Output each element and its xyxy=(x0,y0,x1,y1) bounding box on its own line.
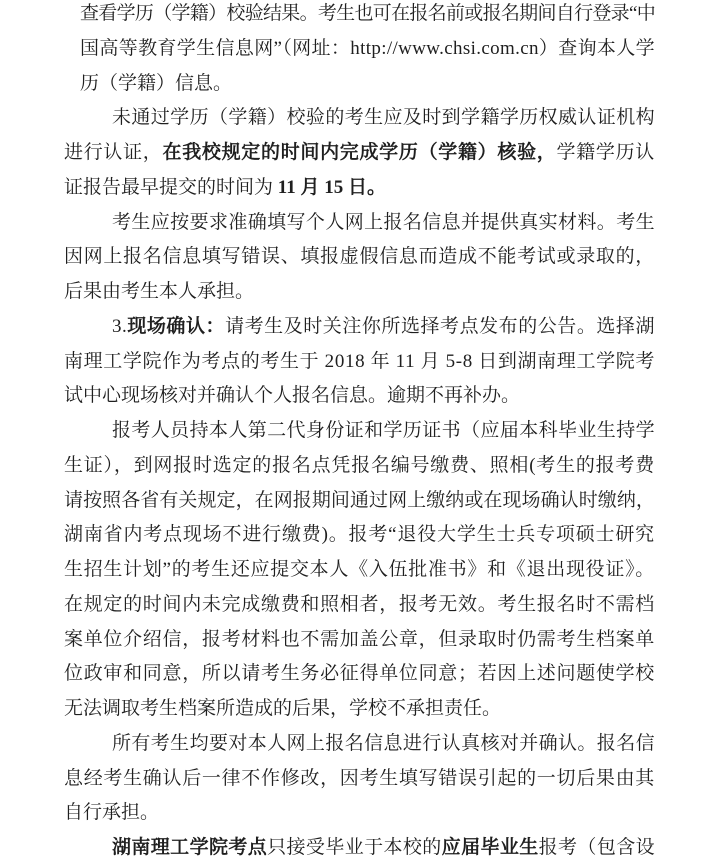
text-run: 自行承担。 xyxy=(64,802,159,823)
text-run-group: 国高等教育学生信息网”（网址：http://www.chsi.com.cn）查询… xyxy=(80,38,655,59)
text-line: 自行承担。 xyxy=(64,796,655,831)
text-run-group: 南理工学院作为考点的考生于 2018 年 11 月 5-8 日到湖南理工学院考 xyxy=(64,351,655,372)
text-run: 湖南省内考点现场不进行缴费)。报考“退役大学生士兵专项硕士研究 xyxy=(64,524,655,545)
text-line: 国高等教育学生信息网”（网址：http://www.chsi.com.cn）查询… xyxy=(64,32,655,67)
text-run-group: 历（学籍）信息。 xyxy=(80,73,232,94)
text-run-group: 案单位介绍信，报考材料也不需加盖公章，但录取时仍需考生档案单 xyxy=(64,629,655,650)
text-run-group: 3.现场确认：请考生及时关注你所选择考点发布的公告。选择湖 xyxy=(112,316,655,337)
text-run: 3. xyxy=(112,316,127,337)
para-confirm-no-modify: 所有考生均要对本人网上报名信息进行认真核对并确认。报名信息经考生确认后一律不作修… xyxy=(64,727,655,831)
text-line: 湖南省内考点现场不进行缴费)。报考“退役大学生士兵专项硕士研究 xyxy=(64,518,655,553)
text-run: 报考（包含设 xyxy=(539,837,655,858)
bold-text-run: 在我校规定的时间内完成学历（学籍）核验， xyxy=(163,142,557,163)
document-text: 查看学历（学籍）校验结果。考生也可在报名前或报名期间自行登录“中国高等教育学生信… xyxy=(64,0,655,862)
text-run: 无法调取考生档案所造成的后果，学校不承担责任。 xyxy=(64,698,501,719)
text-run: 息经考生确认后一律不作修改，因考生填写错误引起的一切后果由其 xyxy=(64,768,655,789)
text-run: 后果由考生本人承担。 xyxy=(64,281,254,302)
text-run-group: 因网上报名信息填写错误、填报虚假信息而造成不能考试或录取的， xyxy=(64,246,655,267)
text-line: 因网上报名信息填写错误、填报虚假信息而造成不能考试或录取的， xyxy=(64,240,655,275)
text-run: 请按照各省有关规定，在网报期间通过网上缴纳或在现场确认时缴纳， xyxy=(64,490,655,511)
text-run: 生证），到网报时选定的报名点凭报名编号缴费、照相(考生的报考费 xyxy=(64,455,655,476)
text-run: 试中心现场核对并确认个人报名信息。逾期不再补办。 xyxy=(64,385,520,406)
text-run-group: 湖南理工学院考点只接受毕业于本校的应届毕业生报考（包含设 xyxy=(112,837,655,858)
text-line: 历（学籍）信息。 xyxy=(64,67,655,102)
para-check-xueli-result: 查看学历（学籍）校验结果。考生也可在报名前或报名期间自行登录“中国高等教育学生信… xyxy=(64,0,655,101)
text-run-group: 湖南省内考点现场不进行缴费)。报考“退役大学生士兵专项硕士研究 xyxy=(64,524,655,545)
para-xianchang-queren: 3.现场确认：请考生及时关注你所选择考点发布的公告。选择湖南理工学院作为考点的考… xyxy=(64,310,655,414)
text-run: 查看学历（学籍）校验结果。考生也可在报名前或报名期间自行登录“中 xyxy=(80,3,655,24)
bold-text-run: 湖南理工学院考点 xyxy=(112,837,267,858)
document-page: 查看学历（学籍）校验结果。考生也可在报名前或报名期间自行登录“中国高等教育学生信… xyxy=(0,0,723,862)
text-run: 历（学籍）信息。 xyxy=(80,73,232,94)
text-line: 生招生计划”的考生还应提交本人《入伍批准书》和《退出现役证》。 xyxy=(64,553,655,588)
text-line: 进行认证，在我校规定的时间内完成学历（学籍）核验，学籍学历认 xyxy=(64,136,655,171)
para-renzheng-deadline: 未通过学历（学籍）校验的考生应及时到学籍学历权威认证机构进行认证，在我校规定的时… xyxy=(64,101,655,205)
text-run: 所有考生均要对本人网上报名信息进行认真核对并确认。报名信 xyxy=(112,733,655,754)
bold-text-run: 应届毕业生 xyxy=(442,837,539,858)
text-line: 湖南理工学院考点只接受毕业于本校的应届毕业生报考（包含设 xyxy=(64,831,655,862)
text-line: 请按照各省有关规定，在网报期间通过网上缴纳或在现场确认时缴纳， xyxy=(64,484,655,519)
para-accurate-info: 考生应按要求准确填写个人网上报名信息并提供真实材料。考生因网上报名信息填写错误、… xyxy=(64,206,655,310)
text-run-group: 自行承担。 xyxy=(64,802,159,823)
text-run: 生招生计划”的考生还应提交本人《入伍批准书》和《退出现役证》。 xyxy=(64,559,655,580)
text-run: 进行认证， xyxy=(64,142,163,163)
text-run-group: 在规定的时间内未完成缴费和照相者，报考无效。考生报名时不需档 xyxy=(64,594,655,615)
text-run-group: 查看学历（学籍）校验结果。考生也可在报名前或报名期间自行登录“中 xyxy=(80,3,655,24)
text-run: 报考人员持本人第二代身份证和学历证书（应届本科毕业生持学 xyxy=(112,420,655,441)
text-line: 生证），到网报时选定的报名点凭报名编号缴费、照相(考生的报考费 xyxy=(64,449,655,484)
text-line: 试中心现场核对并确认个人报名信息。逾期不再补办。 xyxy=(64,379,655,414)
text-run-group: 试中心现场核对并确认个人报名信息。逾期不再补办。 xyxy=(64,385,520,406)
text-run: 在规定的时间内未完成缴费和照相者，报考无效。考生报名时不需档 xyxy=(64,594,655,615)
bold-text-run: 11 月 15 日。 xyxy=(278,177,386,198)
text-run: 请考生及时关注你所选择考点发布的公告。选择湖 xyxy=(225,316,655,337)
text-line: 息经考生确认后一律不作修改，因考生填写错误引起的一切后果由其 xyxy=(64,762,655,797)
text-run-group: 位政审和同意，所以请考生务必征得单位同意；若因上述问题使学校 xyxy=(64,663,655,684)
text-run: 南理工学院作为考点的考生于 2018 年 11 月 5-8 日到湖南理工学院考 xyxy=(64,351,655,372)
para-baokao-materials: 报考人员持本人第二代身份证和学历证书（应届本科毕业生持学生证），到网报时选定的报… xyxy=(64,414,655,727)
text-line: 未通过学历（学籍）校验的考生应及时到学籍学历权威认证机构 xyxy=(64,101,655,136)
text-run-group: 无法调取考生档案所造成的后果，学校不承担责任。 xyxy=(64,698,501,719)
text-run-group: 生证），到网报时选定的报名点凭报名编号缴费、照相(考生的报考费 xyxy=(64,455,655,476)
text-run-group: 未通过学历（学籍）校验的考生应及时到学籍学历权威认证机构 xyxy=(112,107,655,128)
text-run-group: 考生应按要求准确填写个人网上报名信息并提供真实材料。考生 xyxy=(112,212,655,233)
text-line: 报考人员持本人第二代身份证和学历证书（应届本科毕业生持学 xyxy=(64,414,655,449)
text-line: 位政审和同意，所以请考生务必征得单位同意；若因上述问题使学校 xyxy=(64,657,655,692)
text-run: 案单位介绍信，报考材料也不需加盖公章，但录取时仍需考生档案单 xyxy=(64,629,655,650)
text-run-group: 请按照各省有关规定，在网报期间通过网上缴纳或在现场确认时缴纳， xyxy=(64,490,655,511)
text-line: 案单位介绍信，报考材料也不需加盖公章，但录取时仍需考生档案单 xyxy=(64,623,655,658)
text-run-group: 进行认证，在我校规定的时间内完成学历（学籍）核验，学籍学历认 xyxy=(64,142,655,163)
text-line: 3.现场确认：请考生及时关注你所选择考点发布的公告。选择湖 xyxy=(64,310,655,345)
text-run: 考生应按要求准确填写个人网上报名信息并提供真实材料。考生 xyxy=(112,212,655,233)
bold-text-run: 现场确认： xyxy=(127,316,225,337)
text-line: 所有考生均要对本人网上报名信息进行认真核对并确认。报名信 xyxy=(64,727,655,762)
text-line: 查看学历（学籍）校验结果。考生也可在报名前或报名期间自行登录“中 xyxy=(64,0,655,32)
text-run-group: 息经考生确认后一律不作修改，因考生填写错误引起的一切后果由其 xyxy=(64,768,655,789)
text-run: 因网上报名信息填写错误、填报虚假信息而造成不能考试或录取的， xyxy=(64,246,655,267)
text-run: 学籍学历认 xyxy=(556,142,655,163)
para-kaodian-restriction: 湖南理工学院考点只接受毕业于本校的应届毕业生报考（包含设 xyxy=(64,831,655,862)
text-line: 无法调取考生档案所造成的后果，学校不承担责任。 xyxy=(64,692,655,727)
text-line: 后果由考生本人承担。 xyxy=(64,275,655,310)
text-run: 证报告最早提交的时间为 xyxy=(64,177,278,198)
text-run: 位政审和同意，所以请考生务必征得单位同意；若因上述问题使学校 xyxy=(64,663,655,684)
text-run-group: 后果由考生本人承担。 xyxy=(64,281,254,302)
text-run: 只接受毕业于本校的 xyxy=(267,837,442,858)
text-line: 在规定的时间内未完成缴费和照相者，报考无效。考生报名时不需档 xyxy=(64,588,655,623)
text-line: 考生应按要求准确填写个人网上报名信息并提供真实材料。考生 xyxy=(64,206,655,241)
text-run: 国高等教育学生信息网”（网址：http://www.chsi.com.cn）查询… xyxy=(80,38,655,59)
text-run-group: 证报告最早提交的时间为 11 月 15 日。 xyxy=(64,177,386,198)
text-line: 证报告最早提交的时间为 11 月 15 日。 xyxy=(64,171,655,206)
text-run-group: 报考人员持本人第二代身份证和学历证书（应届本科毕业生持学 xyxy=(112,420,655,441)
text-run: 未通过学历（学籍）校验的考生应及时到学籍学历权威认证机构 xyxy=(112,107,655,128)
text-line: 南理工学院作为考点的考生于 2018 年 11 月 5-8 日到湖南理工学院考 xyxy=(64,345,655,380)
text-run-group: 生招生计划”的考生还应提交本人《入伍批准书》和《退出现役证》。 xyxy=(64,559,655,580)
text-run-group: 所有考生均要对本人网上报名信息进行认真核对并确认。报名信 xyxy=(112,733,655,754)
